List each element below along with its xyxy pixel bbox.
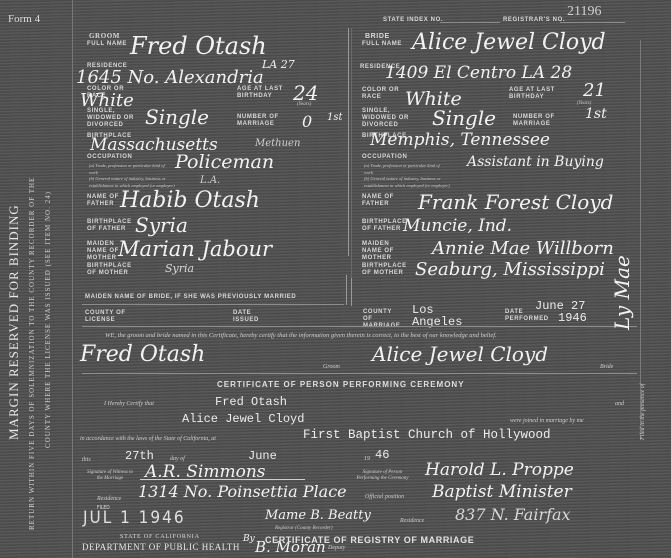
officiant-position: Baptist Minister <box>432 482 572 502</box>
footer-state: STATE OF CALIFORNIA <box>120 534 200 540</box>
bride-occupation-label: OCCUPATION <box>362 154 407 161</box>
groom-occupation-sub2: (b) General nature of industry, business… <box>89 175 184 189</box>
deputy-prefix: By <box>243 534 255 544</box>
form-number: Form 4 <box>8 13 40 25</box>
groom-marriage-number: 0 <box>302 112 312 131</box>
groom-marriage-number-label: NUMBER OF MARRIAGE <box>237 114 292 128</box>
bride-birthplace: Memphis, Tennessee <box>370 130 550 150</box>
binding-margin-line <box>72 0 73 558</box>
filed-in-presence-note: Filed in the presence of <box>640 384 647 440</box>
officiant-residence: 837 N. Fairfax <box>455 505 571 524</box>
registrar-label: REGISTRAR'S NO. <box>503 17 565 24</box>
footer-certificate-title: CERTIFICATE OF REGISTRY OF MARRIAGE <box>265 535 474 545</box>
groom-full-name: Fred Otash <box>130 32 267 60</box>
bride-signature: Alice Jewel Cloyd <box>372 342 548 366</box>
previous-name-label: MAIDEN NAME OF BRIDE, IF SHE WAS PREVIOU… <box>85 294 296 301</box>
registrar-signature: Mame B. Beatty <box>265 508 371 523</box>
side-note: Ly Mae <box>610 255 634 330</box>
date-issued-label: DATE ISSUED <box>233 310 268 324</box>
groom-years-label: (Years) <box>297 101 311 108</box>
bride-signature-label: Bride <box>600 364 613 371</box>
bride-status-label: SINGLE, WIDOWED OR DIVORCED <box>362 108 417 129</box>
bride-mother-birthplace-label: BIRTHPLACE OF MOTHER <box>362 263 407 277</box>
groom-section-label: GROOM <box>89 33 120 40</box>
state-index-label: STATE INDEX NO. <box>383 17 443 24</box>
bride-marriage-number-label: NUMBER OF MARRIAGE <box>513 114 568 128</box>
bride-occupation: Assistant in Buying <box>467 154 604 170</box>
officiant-signature: Harold L. Proppe <box>425 460 574 480</box>
date-performed-year: 1946 <box>558 311 587 325</box>
registrar-number: 21196 <box>567 4 601 20</box>
groom-occupation-note: L.A. <box>200 175 220 186</box>
groom-signature: Fred Otash <box>80 342 205 367</box>
groom-signature-label: Groom <box>323 364 340 371</box>
groom-age-label: AGE AT LAST BIRTHDAY <box>237 86 287 100</box>
groom-father: Habib Otash <box>120 188 260 213</box>
filed-date: JUL 1 1946 <box>83 508 186 528</box>
deputy-label: Deputy <box>328 545 345 552</box>
position-label: Official position <box>365 494 404 501</box>
groom-residence: 1645 No. Alexandria <box>76 67 264 88</box>
joined-label: were joined in marriage by me <box>510 418 584 425</box>
groom-occupation-sub: (a) Trade, profession or particular kind… <box>89 162 169 176</box>
margin-instruction-2: COUNTY WHERE THE LICENSE WAS ISSUED (SEE… <box>44 191 52 448</box>
ceremony-bride-name: Alice Jewel Cloyd <box>182 412 304 426</box>
bride-color-label: COLOR OR RACE <box>362 87 402 101</box>
margin-title: MARGIN RESERVED FOR BINDING <box>6 204 22 440</box>
witness-label: Signature of Witness to the Marriage <box>85 470 135 482</box>
groom-father-birthplace: Syria <box>135 213 188 237</box>
groom-mother-label: MAIDEN NAME OF MOTHER <box>87 241 121 262</box>
groom-mother: Marian Jabour <box>118 237 272 261</box>
groom-status-label: SINGLE, WIDOWED OR DIVORCED <box>87 108 142 129</box>
registrar-signature-label: Registrar (County Recorder) <box>275 525 333 532</box>
margin-instruction-1: RETURN WITHIN FIVE DAYS OF SOLEMNIZATION… <box>28 177 36 530</box>
footer-department: DEPARTMENT OF PUBLIC HEALTH <box>82 542 240 552</box>
groom-birthplace-note: Methuen <box>255 138 300 149</box>
ceremony-groom-name: Fred Otash <box>215 395 287 409</box>
witness-residence-label: Residence <box>97 496 121 503</box>
groom-father-birthplace-label: BIRTHPLACE OF FATHER <box>87 219 132 233</box>
groom-mother-birthplace-label: BIRTHPLACE OF MOTHER <box>87 263 132 277</box>
bride-father-birthplace-label: BIRTHPLACE OF FATHER <box>362 219 407 233</box>
certify-label: I Hereby Certify that <box>104 401 154 408</box>
bride-age: 21 <box>583 80 606 101</box>
bride-residence: 1409 El Centro LA 28 <box>385 63 572 83</box>
bride-full-name: Alice Jewel Cloyd <box>412 30 606 55</box>
groom-occupation: Policeman <box>175 151 274 173</box>
bride-age-label: AGE AT LAST BIRTHDAY <box>509 87 559 101</box>
laws-label: in accordance with the laws of the State… <box>80 436 216 443</box>
this-label: this <box>82 457 91 464</box>
groom-occupation-label: OCCUPATION <box>87 154 132 161</box>
ceremony-day: 27th <box>125 449 154 463</box>
year-prefix: 19 <box>364 456 370 463</box>
bride-father-birthplace: Muncie, Ind. <box>403 216 512 236</box>
ceremony-year: 46 <box>375 448 389 462</box>
declaration-text: WE, the groom and bride named in this Ce… <box>85 331 630 340</box>
witness-residence: 1314 No. Poinsettia Place <box>138 482 347 501</box>
county-marriage: Los Angeles <box>412 304 472 328</box>
bride-father-label: NAME OF FATHER <box>362 194 396 208</box>
officiant-residence-label: Residence <box>400 518 424 525</box>
bride-occupation-sub: (a) Trade, profession or particular kind… <box>364 162 444 176</box>
and-label: and <box>615 401 624 408</box>
ceremony-title: CERTIFICATE OF PERSON PERFORMING CEREMON… <box>217 380 465 389</box>
bride-status: Single <box>432 106 496 130</box>
county-license-label: COUNTY OF LICENSE <box>85 310 130 324</box>
bride-section-label: BRIDE <box>365 33 390 40</box>
ceremony-place: First Baptist Church of Hollywood <box>303 428 551 442</box>
officiant-label: Signature of Person Performing the Cerem… <box>355 470 410 482</box>
bride-father: Frank Forest Cloyd <box>418 190 613 214</box>
groom-full-name-label: FULL NAME <box>87 41 127 48</box>
groom-mother-birthplace: Syria <box>165 262 194 275</box>
bride-full-name-label: FULL NAME <box>362 41 402 48</box>
bride-marriage-number: 1st <box>585 106 607 122</box>
groom-father-label: NAME OF FATHER <box>87 194 121 208</box>
groom-status: Single <box>145 105 209 129</box>
bride-mother-birthplace: Seaburg, Mississippi <box>415 259 605 280</box>
ceremony-month: June <box>248 449 277 463</box>
bride-occupation-sub2: (b) General nature of industry, business… <box>364 175 459 189</box>
groom-marriage-number-note: 1st <box>327 112 343 123</box>
groom-residence-note: LA 27 <box>262 58 295 71</box>
bride-mother-label: MAIDEN NAME OF MOTHER <box>362 241 396 262</box>
bride-mother: Annie Mae Willborn <box>432 238 614 259</box>
